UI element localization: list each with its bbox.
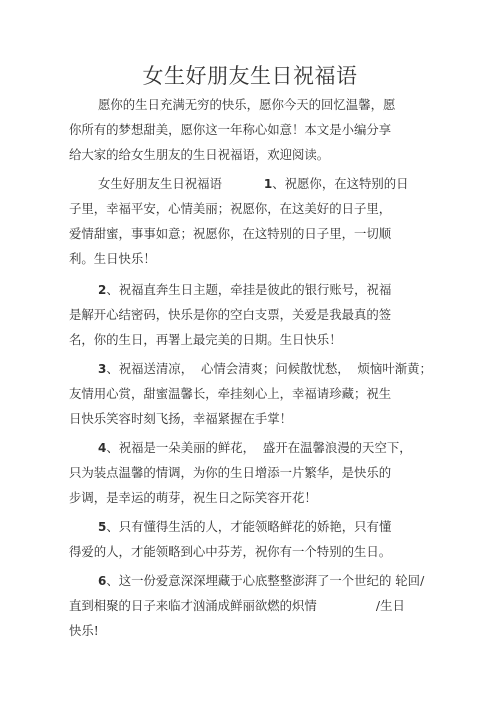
item-6-line-2: 直到相聚的日子来临才汹涌成鲜丽欲燃的炽情 /生日 xyxy=(69,598,405,614)
item-1-line-3: 爱情甜蜜，事事如意；祝愿你，在这特别的日子里，一切顺 xyxy=(69,226,391,242)
document-title: 女生好朋友生日祝福语 xyxy=(0,60,500,90)
item-6-line-3: 快乐! xyxy=(69,623,99,639)
intro-line-2: 你所有的梦想甜美，愿你这一年称心如意！本文是小编分享 xyxy=(69,122,391,138)
item-2-first-line: 2、祝福直奔生日主题，牵挂是彼此的银行账号，祝福 xyxy=(98,282,391,298)
item-text: 、祝福直奔生日主题，牵挂是彼此的银行账号，祝福 xyxy=(106,282,391,297)
item-text: 、这一份爱意深深埋藏于心底整整澎湃了一个世纪的 轮回/ xyxy=(106,573,424,588)
item-number: 1 xyxy=(264,177,272,191)
item-text: 、祝愿你，在这特别的日 xyxy=(272,176,408,191)
item-3-line-3: 日快乐笑容时刻飞扬，幸福紧握在手掌！ xyxy=(69,411,292,427)
item-4-first-line: 4、祝福是一朵美丽的鲜花， 盛开在温馨浪漫的天空下， xyxy=(98,440,412,456)
section-heading: 女生好朋友生日祝福语 xyxy=(98,176,222,191)
item-3-line-2: 友情用心赏，甜蜜温馨长，牵挂刻心上，幸福请珍藏；祝生 xyxy=(69,386,391,402)
item-5-line-2: 得爱的人，才能领略到心中芬芳，祝你有一个特别的生日。 xyxy=(69,544,391,560)
item-text: 、只有懂得生活的人，才能领略鲜花的娇艳，只有懂 xyxy=(106,519,391,534)
item-4-line-2: 只为装点温馨的情调，为你的生日增添一片繁华，是快乐的 xyxy=(69,465,391,481)
item-4-line-3: 步调，是幸运的萌芽，祝生日之际笑容开花！ xyxy=(69,490,317,506)
item-5-first-line: 5、只有懂得生活的人，才能领略鲜花的娇艳，只有懂 xyxy=(98,519,391,535)
item-text: 、祝福送清凉， 心情会清爽；问候散忧愁， 烦恼叶渐黄； xyxy=(106,361,432,376)
item-2-line-2: 是解开心结密码，快乐是你的空白支票，关爱是我最真的签 xyxy=(69,307,391,323)
item-6-first-line: 6、这一份爱意深深埋藏于心底整整澎湃了一个世纪的 轮回/ xyxy=(98,573,424,589)
intro-line-1: 愿你的生日充满无穷的快乐，愿你今天的回忆温馨，愿 xyxy=(98,97,395,113)
intro-line-3: 给大家的给女生朋友的生日祝福语，欢迎阅读。 xyxy=(69,147,329,163)
item-1-line-4: 利。生日快乐！ xyxy=(69,251,156,267)
item-2-line-3: 名，你的生日，再署上最完美的日期。生日快乐！ xyxy=(69,332,342,348)
item-text: 、祝福是一朵美丽的鲜花， 盛开在温馨浪漫的天空下， xyxy=(106,440,411,455)
item-1-first-line: 女生好朋友生日祝福语1、祝愿你，在这特别的日 xyxy=(98,176,409,192)
item-1-line-2: 子里，幸福平安，心情美丽；祝愿你，在这美好的日子里， xyxy=(69,201,391,217)
item-3-first-line: 3、祝福送清凉， 心情会清爽；问候散忧愁， 烦恼叶渐黄； xyxy=(98,361,432,377)
document-page: 女生好朋友生日祝福语 愿你的生日充满无穷的快乐，愿你今天的回忆温馨，愿 你所有的… xyxy=(0,0,500,708)
